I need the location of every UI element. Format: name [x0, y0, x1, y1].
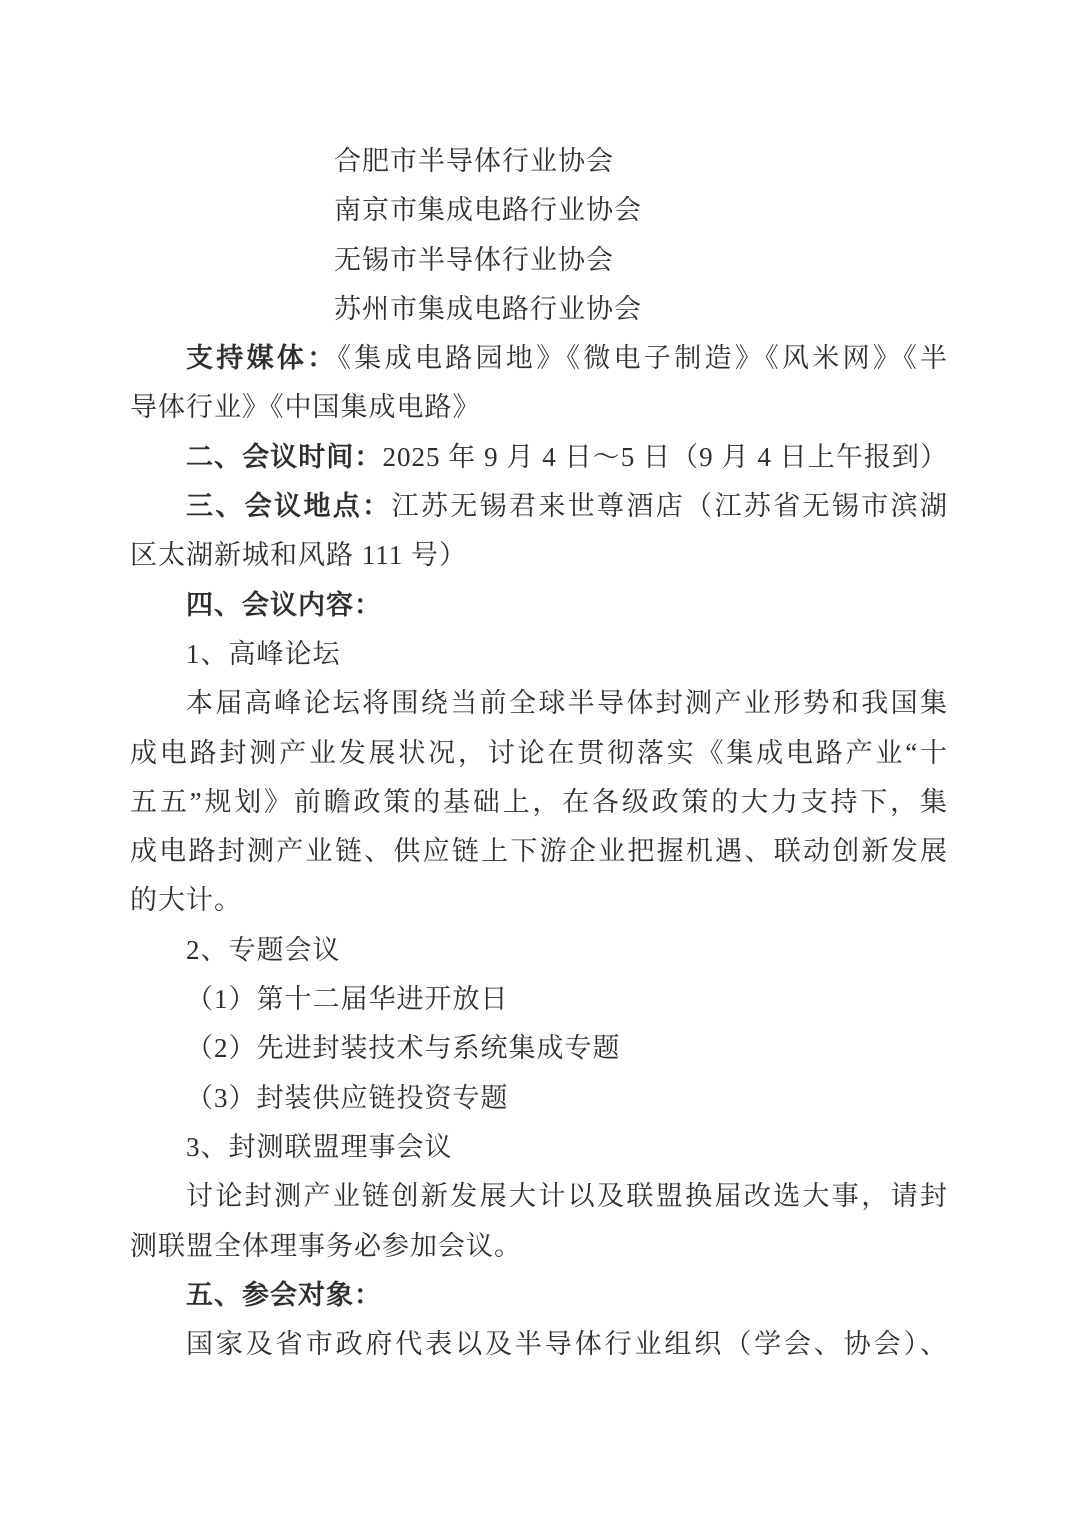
council-subheading-label: 3、封测联盟理事会议 — [186, 1132, 453, 1162]
meeting-venue-label: 三、会议地点： — [186, 491, 392, 521]
agenda-heading: 四、会议内容： — [130, 581, 948, 630]
media-support-continuation: 导体行业》《中国集成电路》 — [130, 383, 948, 432]
forum-subheading-label: 1、高峰论坛 — [186, 639, 341, 669]
attendees-paragraph-line: 国家及省市政府代表以及半导体行业组织（学会、协会）、 — [130, 1320, 948, 1369]
paragraph-text: 成电路封测产业链、供应链上下游企业把握机遇、联动创新发展 — [130, 836, 948, 866]
paragraph-text: 成电路封测产业发展状况，讨论在贯彻落实《集成电路产业“十 — [130, 738, 948, 768]
org-name: 苏州市集成电路行业协会 — [334, 294, 642, 324]
meeting-venue-value: 江苏无锡君来世尊酒店（江苏省无锡市滨湖 — [392, 491, 948, 521]
session-item-text: （3）封装供应链投资专题 — [186, 1083, 509, 1113]
sessions-subheading-label: 2、专题会议 — [186, 935, 341, 965]
paragraph-text: 国家及省市政府代表以及半导体行业组织（学会、协会）、 — [186, 1329, 948, 1359]
media-support-line: 支持媒体：《集成电路园地》《微电子制造》《风米网》《半 — [130, 334, 948, 383]
session-item-text: （2）先进封装技术与系统集成专题 — [186, 1033, 621, 1063]
forum-paragraph-line: 成电路封测产业链、供应链上下游企业把握机遇、联动创新发展 — [130, 827, 948, 876]
paragraph-text: 讨论封测产业链创新发展大计以及联盟换届改选大事，请封 — [186, 1181, 948, 1211]
council-paragraph-line: 讨论封测产业链创新发展大计以及联盟换届改选大事，请封 — [130, 1172, 948, 1221]
paragraph-text: 的大计。 — [130, 885, 242, 915]
document-page: 合肥市半导体行业协会 南京市集成电路行业协会 无锡市半导体行业协会 苏州市集成电… — [0, 0, 1080, 1528]
sponsor-org-line: 合肥市半导体行业协会 — [130, 137, 948, 186]
meeting-time-value: 2025 年 9 月 4 日～5 日（9 月 4 日上午报到） — [382, 442, 948, 472]
forum-paragraph-line: 成电路封测产业发展状况，讨论在贯彻落实《集成电路产业“十 — [130, 729, 948, 778]
forum-subheading: 1、高峰论坛 — [130, 630, 948, 679]
paragraph-text: 五五”规划》前瞻政策的基础上，在各级政策的大力支持下，集 — [130, 787, 948, 817]
meeting-venue-value: 区太湖新城和风路 111 号） — [130, 540, 467, 570]
paragraph-text: 本届高峰论坛将围绕当前全球半导体封测产业形势和我国集 — [186, 688, 948, 718]
media-support-list: 《集成电路园地》《微电子制造》《风米网》《半 — [338, 343, 948, 373]
session-item-1: （1）第十二届华进开放日 — [130, 975, 948, 1024]
org-name: 南京市集成电路行业协会 — [334, 195, 642, 225]
forum-paragraph-line: 本届高峰论坛将围绕当前全球半导体封测产业形势和我国集 — [130, 679, 948, 728]
sponsor-org-line: 苏州市集成电路行业协会 — [130, 285, 948, 334]
attendees-heading: 五、参会对象： — [130, 1271, 948, 1320]
session-item-2: （2）先进封装技术与系统集成专题 — [130, 1024, 948, 1073]
meeting-time-label: 二、会议时间： — [186, 442, 382, 472]
agenda-heading-label: 四、会议内容： — [186, 590, 382, 620]
meeting-time-line: 二、会议时间：2025 年 9 月 4 日～5 日（9 月 4 日上午报到） — [130, 433, 948, 482]
session-item-text: （1）第十二届华进开放日 — [186, 984, 509, 1014]
sponsor-org-line: 无锡市半导体行业协会 — [130, 236, 948, 285]
forum-paragraph-line: 的大计。 — [130, 876, 948, 925]
council-paragraph-line: 测联盟全体理事务必参加会议。 — [130, 1222, 948, 1271]
council-subheading: 3、封测联盟理事会议 — [130, 1123, 948, 1172]
paragraph-text: 测联盟全体理事务必参加会议。 — [130, 1231, 522, 1261]
media-support-label: 支持媒体： — [186, 343, 338, 373]
sessions-subheading: 2、专题会议 — [130, 926, 948, 975]
org-name: 合肥市半导体行业协会 — [334, 146, 614, 176]
media-support-list: 导体行业》《中国集成电路》 — [130, 392, 481, 422]
org-name: 无锡市半导体行业协会 — [334, 245, 614, 275]
meeting-venue-line: 三、会议地点：江苏无锡君来世尊酒店（江苏省无锡市滨湖 — [130, 482, 948, 531]
meeting-venue-continuation: 区太湖新城和风路 111 号） — [130, 531, 948, 580]
session-item-3: （3）封装供应链投资专题 — [130, 1074, 948, 1123]
sponsor-org-line: 南京市集成电路行业协会 — [130, 186, 948, 235]
forum-paragraph-line: 五五”规划》前瞻政策的基础上，在各级政策的大力支持下，集 — [130, 778, 948, 827]
attendees-heading-label: 五、参会对象： — [186, 1280, 382, 1310]
